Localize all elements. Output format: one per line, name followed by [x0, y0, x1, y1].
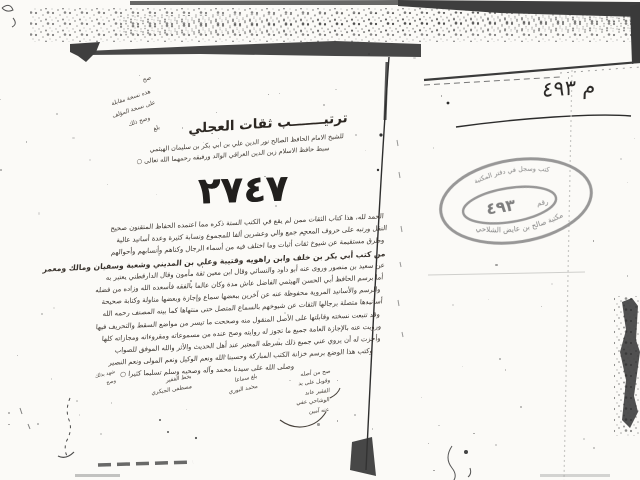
bottom-smudges: [75, 446, 610, 480]
noise-speck: [53, 307, 55, 309]
noise-speck: [335, 89, 337, 91]
noise-speck: [56, 113, 58, 115]
stamp-top-arc-text: كتب وسجل في دفتر المكتبة: [472, 160, 552, 186]
noise-speck: [433, 470, 434, 471]
noise-speck: [551, 283, 553, 285]
catalog-number: ٢٧٤٧: [197, 166, 289, 212]
noise-speck: [627, 275, 629, 277]
left-margin-squiggle: [20, 398, 197, 457]
scan-noise-band: [30, 0, 640, 64]
library-stamp: كتب وسجل في دفتر المكتبة ٤٩٣ رقم مكتبة ص…: [435, 149, 598, 254]
noise-speck: [317, 423, 319, 425]
noise-speck: [38, 212, 40, 214]
stamp-number: ٤٩٣: [485, 195, 517, 218]
noise-speck: [8, 424, 9, 425]
noise-speck: [372, 428, 373, 429]
noise-speck: [620, 158, 622, 160]
noise-speck: [41, 313, 43, 315]
noise-speck: [354, 414, 356, 416]
scanned-manuscript-page: كتب وسجل في دفتر المكتبة ٤٩٣ رقم مكتبة ص…: [0, 0, 640, 480]
right-edge-blotch: [614, 296, 640, 436]
noise-speck: [279, 93, 280, 94]
noise-speck: [495, 264, 497, 266]
noise-speck: [473, 433, 474, 434]
noise-speck: [505, 369, 506, 370]
noise-speck: [51, 378, 53, 380]
folio-underline: [447, 102, 631, 127]
page-crease-lines: [428, 70, 585, 480]
noise-speck: [72, 137, 74, 139]
body-text-block: الحمد لله، هذا كتاب الثقات ممن لم يقع في…: [57, 212, 388, 386]
noise-speck: [421, 397, 422, 398]
folio-number-mark: م ٤٩٣: [542, 74, 596, 102]
noise-speck: [100, 433, 102, 435]
noise-speck: [452, 304, 454, 306]
stamp-number-label: رقم: [536, 198, 549, 208]
noise-speck: [37, 423, 39, 425]
noise-speck: [413, 57, 415, 59]
noise-speck: [0, 169, 2, 171]
right-page-top-edges: [424, 62, 640, 85]
corner-pen-marks: [2, 5, 15, 27]
signature-block: صح من أصله وقوبل على يد الفقير عابد الوش…: [271, 368, 330, 422]
noise-speck: [8, 412, 10, 414]
